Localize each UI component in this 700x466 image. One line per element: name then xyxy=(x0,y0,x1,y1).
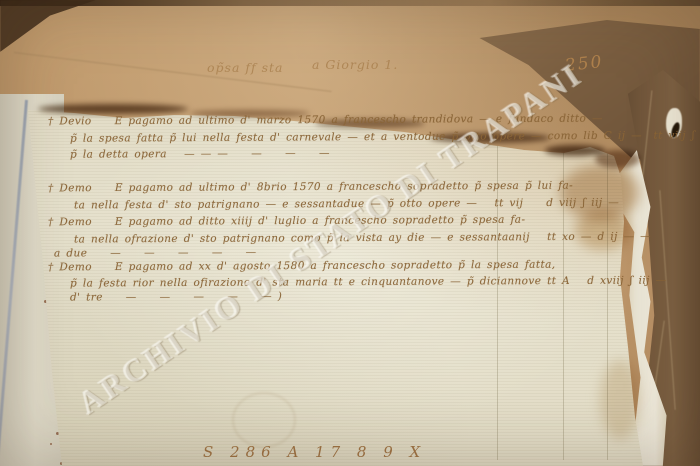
manuscript-photo: op̃sa ff sta a Giorgio 1. 250 S 286 A 17… xyxy=(0,0,700,466)
entry-3-line-1: † Demo E pagamo ad ditto xiiij d' luglio… xyxy=(48,214,525,228)
handwriting-layer: op̃sa ff sta a Giorgio 1. 250 S 286 A 17… xyxy=(0,0,700,466)
folio-number: 250 xyxy=(564,52,604,76)
entry-4-line-1: † Demo E pagamo ad xx d' agosto 1580 a f… xyxy=(48,259,556,274)
entry-4-line-2: p̃ la festa rior nella ofirazione d' sta… xyxy=(70,274,667,289)
entry-3-line-3: a due — — — — — xyxy=(54,246,257,259)
page-heading-left: op̃sa ff sta xyxy=(207,60,284,75)
entry-1-line-2: p̃ la spesa fatta p̃ lui nella festa d' … xyxy=(70,129,700,144)
entry-3-line-2: ta nella ofrazione d' sto patrignano com… xyxy=(74,230,651,245)
page-heading-right: a Giorgio 1. xyxy=(312,57,398,72)
entry-2-line-2: ta nella festa d' sto patrignano — e ses… xyxy=(74,197,619,212)
entry-4-line-3: d' tre — — — — — ) xyxy=(70,290,282,303)
entry-1-line-1: † Devio E pagamo ad ultimo d' marzo 1570… xyxy=(48,113,603,128)
entry-2-line-1: † Demo E pagamo ad ultimo d' 8brio 1570 … xyxy=(48,180,573,195)
footer-sum: S 286 A 17 8 9 X xyxy=(203,443,426,461)
entry-1-line-3: p̃ la detta opera — — — — — — xyxy=(70,147,330,160)
